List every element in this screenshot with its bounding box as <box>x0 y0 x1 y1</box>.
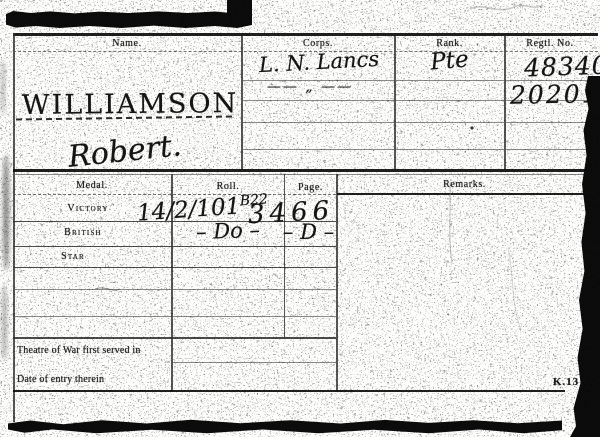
british-page-ditto: – D – <box>281 220 336 244</box>
scan-artifact-bottom-band <box>8 419 562 434</box>
theatre-of-war-label: Theatre of War first served in <box>17 345 247 356</box>
row-line <box>13 289 336 290</box>
medal-header-underline <box>13 194 336 195</box>
section-divider-shadow <box>13 174 598 175</box>
medal-index-card-scan: Name. Corps. Rank. Regtl. No. Medal. Rol… <box>0 0 600 437</box>
row-line <box>13 316 336 317</box>
date-underline <box>13 390 565 392</box>
regtl-no-column-header: Regtl. No. <box>505 38 595 49</box>
theatre-underline <box>172 362 337 363</box>
roll-column-header: Roll. <box>172 181 284 192</box>
medal-column-header: Medal. <box>13 180 171 191</box>
scan-smudge <box>1 60 5 115</box>
medal-row-star-label: Star <box>13 251 133 262</box>
forename-handwriting: Robert. <box>66 128 183 175</box>
date-of-entry-label: Date of entry therein <box>17 374 227 385</box>
corps-ditto-mark: —— „ —— <box>250 79 370 95</box>
row-line <box>242 149 598 150</box>
row-line <box>13 337 336 339</box>
british-roll-ditto: – Do – <box>172 217 285 245</box>
scan-smudge <box>2 285 7 360</box>
remarks-column-header: Remarks. <box>337 179 592 190</box>
row-line-star <box>13 267 336 268</box>
remarks-header-underline <box>337 193 598 195</box>
medal-row-british-label: British <box>13 227 153 238</box>
scan-smudge <box>3 155 9 270</box>
scan-artifact-top-band <box>6 11 252 28</box>
divider-page-remarks <box>336 174 338 392</box>
card-top-border <box>13 33 598 36</box>
row-line-british <box>13 246 336 247</box>
name-column-header: Name. <box>13 38 241 49</box>
scan-artifact-top-notch <box>227 0 252 14</box>
page-column-header: Page. <box>285 182 336 193</box>
row-line <box>242 122 598 123</box>
